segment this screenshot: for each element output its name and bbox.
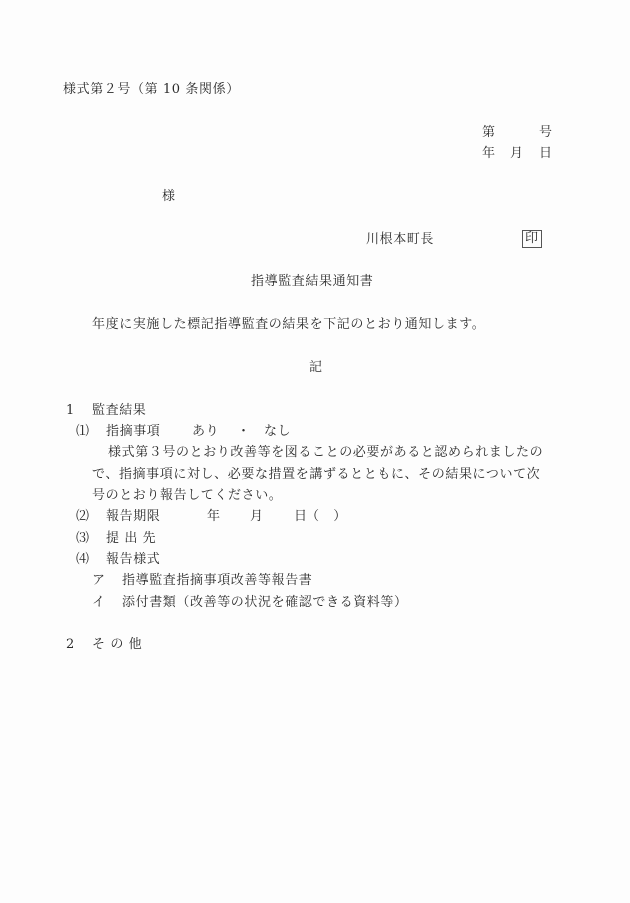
option-separator: ・ (237, 425, 251, 438)
subitem-a-text: 指導監査指摘事項改善等報告書 (122, 574, 312, 587)
item-2-label: 報告期限 (106, 510, 160, 523)
deadline-month: 月 (250, 510, 264, 523)
date-day: 日 (539, 147, 553, 160)
item-1-label: 指摘事項 (106, 425, 160, 438)
subitem-a-marker: ア (92, 574, 106, 587)
intro-text: 年度に実施した標記指導監査の結果を下記のとおり通知します。 (92, 318, 485, 331)
item-1-marker: ⑴ (76, 425, 90, 438)
document-page: 様式第２号（第 10 条関係） 第 号 年 月 日 様 川根本町長 印 指導監査… (0, 0, 630, 903)
option-yes: あり (192, 425, 219, 438)
document-title: 指導監査結果通知書 (251, 275, 373, 288)
section-2-number: 2 (66, 638, 75, 651)
seal-icon: 印 (522, 230, 542, 248)
item-1-body-line-1: 様式第３号のとおり改善等を図ることの必要があると認められましたの (108, 446, 543, 459)
item-3-marker: ⑶ (76, 532, 90, 545)
sender-title: 川根本町長 (366, 233, 434, 246)
seal-mark: 印 (522, 230, 542, 248)
form-label: 様式第２号（第 10 条関係） (63, 83, 240, 96)
item-1-body-line-2: で、指摘事項に対し、必要な措置を講ずるとともに、その結果について次 (92, 468, 540, 481)
item-3-label: 提 出 先 (106, 532, 156, 545)
subitem-i-text: 添付書類（改善等の状況を確認できる資料等） (122, 596, 408, 609)
doc-number-go: 号 (539, 126, 553, 139)
subitem-i-marker: イ (92, 596, 106, 609)
section-2-heading: そ の 他 (92, 638, 142, 651)
section-1-number: 1 (66, 404, 75, 417)
deadline-weekday: （ ） (306, 510, 347, 523)
date-month: 月 (510, 147, 524, 160)
item-1-body-line-3: 号のとおり報告してください。 (92, 489, 282, 502)
date-year: 年 (482, 147, 496, 160)
item-4-marker: ⑷ (76, 553, 90, 566)
ki-label: 記 (309, 361, 323, 374)
item-4-label: 報告様式 (106, 553, 160, 566)
option-no: なし (264, 425, 291, 438)
section-1-heading: 監査結果 (92, 404, 146, 417)
addressee-suffix: 様 (162, 190, 176, 203)
doc-number-dai: 第 (482, 126, 496, 139)
item-2-marker: ⑵ (76, 510, 90, 523)
deadline-year: 年 (207, 510, 221, 523)
